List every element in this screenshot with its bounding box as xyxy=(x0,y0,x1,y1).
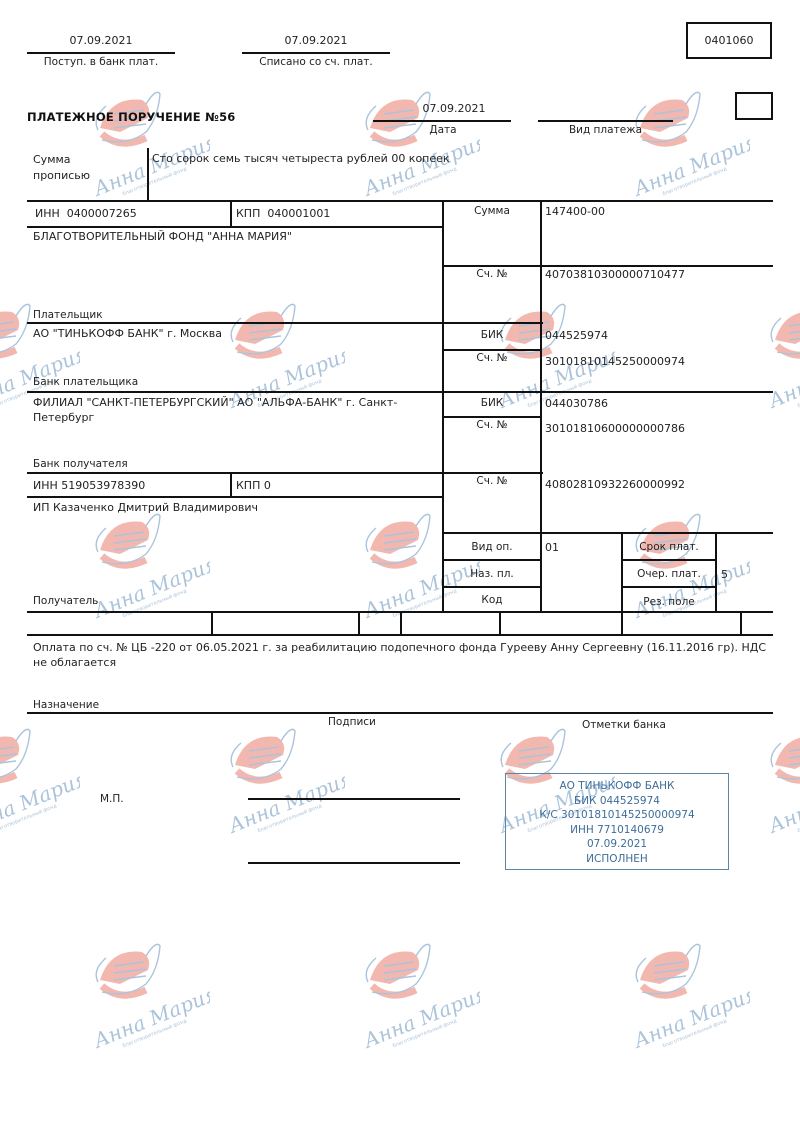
svg-text:благотворительный фонд: благотворительный фонд xyxy=(661,165,728,197)
payer-kpp-label: КПП xyxy=(236,207,260,220)
watermark-logo-icon: Анна Марияблаготворительный фонд xyxy=(80,510,210,620)
grid-line xyxy=(230,200,232,227)
amount-words-value: Сто сорок семь тысяч четыреста рублей 00… xyxy=(152,152,450,165)
grid-line xyxy=(621,586,717,588)
svg-text:благотворительный фонд: благотворительный фонд xyxy=(796,377,800,409)
payee-label: Получатель xyxy=(33,595,98,607)
grid-line xyxy=(442,265,773,267)
amount-label: Сумма xyxy=(444,205,540,217)
svg-text:Анна Мария: Анна Мария xyxy=(88,981,210,1050)
watermark-logo-icon: Анна Марияблаготворительный фонд xyxy=(350,940,480,1050)
op-type-label: Вид оп. xyxy=(444,541,540,553)
payment-type-line xyxy=(538,120,673,122)
bank-stamp: АО ТИНЬКОФФ БАНКБИК 044525974К/С 3010181… xyxy=(505,773,729,870)
amount-words-divider xyxy=(147,148,149,200)
payer-bank-name: АО "ТИНЬКОФФ БАНК" г. Москва xyxy=(33,327,222,340)
payer-name: БЛАГОТВОРИТЕЛЬНЫЙ ФОНД "АННА МАРИЯ" xyxy=(33,230,292,243)
grid-line xyxy=(27,496,443,498)
bank-stamp-line: ИНН 7710140679 xyxy=(506,823,728,838)
grid-line xyxy=(442,349,542,351)
purpose-text: Оплата по сч. № ЦБ -220 от 06.05.2021 г.… xyxy=(33,640,773,670)
payment-type-label: Вид платежа xyxy=(538,124,673,136)
grid-line xyxy=(27,472,543,474)
payee-bank-bik-label: БИК xyxy=(444,397,540,409)
bank-stamp-line: АО ТИНЬКОФФ БАНК xyxy=(506,779,728,794)
svg-text:Анна Мария: Анна Мария xyxy=(0,766,80,835)
document-title: ПЛАТЕЖНОЕ ПОРУЧЕНИЕ №56 xyxy=(27,110,236,124)
grid-line xyxy=(540,200,542,612)
document-date-label: Дата xyxy=(398,124,488,136)
payee-account-label: Сч. № xyxy=(444,475,540,487)
priority-label: Очер. плат. xyxy=(623,568,715,580)
payer-inn-label: ИНН xyxy=(35,207,60,220)
payee-inn: ИНН 519053978390 xyxy=(33,479,145,492)
watermark-logo-icon: Анна Марияблаготворительный фонд xyxy=(80,88,210,198)
signature-line-2[interactable] xyxy=(248,862,460,864)
svg-text:Анна Мария: Анна Мария xyxy=(628,981,750,1050)
svg-text:Анна Мария: Анна Мария xyxy=(358,981,480,1050)
received-date-line xyxy=(27,52,175,54)
watermark-logo-icon: Анна Марияблаготворительный фонд xyxy=(620,940,750,1050)
payee-kpp-value: 0 xyxy=(264,479,271,492)
purpose-line xyxy=(27,712,773,714)
svg-text:Анна Мария: Анна Мария xyxy=(223,766,345,835)
grid-line xyxy=(499,611,501,636)
svg-text:Анна Мария: Анна Мария xyxy=(763,766,800,835)
payee-inn-value: 519053978390 xyxy=(61,479,145,492)
grid-line xyxy=(442,416,542,418)
payee-bank-account-label: Сч. № xyxy=(444,419,540,431)
payee-bank-label: Банк получателя xyxy=(33,458,128,470)
watermark-logo-icon: Анна Марияблаготворительный фонд xyxy=(0,725,80,835)
payer-account-value: 40703810300000710477 xyxy=(545,268,685,281)
svg-text:благотворительный фонд: благотворительный фонд xyxy=(121,587,188,619)
grid-line xyxy=(27,391,773,393)
svg-text:благотворительный фонд: благотворительный фонд xyxy=(391,165,458,197)
grid-line xyxy=(740,611,742,636)
grid-line xyxy=(442,532,773,534)
grid-line xyxy=(358,611,360,636)
svg-text:благотворительный фонд: благотворительный фонд xyxy=(256,802,323,834)
amount-words-label-2: прописью xyxy=(33,168,90,184)
payer-bank-bik-value: 044525974 xyxy=(545,329,608,342)
payer-inn: ИНН 0400007265 xyxy=(35,207,137,220)
payer-kpp-value: 040001001 xyxy=(267,207,330,220)
bank-stamp-line: 07.09.2021 xyxy=(506,837,728,852)
signature-line-1[interactable] xyxy=(248,798,460,800)
payee-inn-label: ИНН xyxy=(33,479,58,492)
document-date-line xyxy=(373,120,511,122)
watermark-logo-icon: Анна Марияблаготворительный фонд xyxy=(620,88,750,198)
document-date: 07.09.2021 xyxy=(398,102,510,115)
payer-label: Плательщик xyxy=(33,309,103,321)
bank-stamp-line: ИСПОЛНЕН xyxy=(506,852,728,867)
payer-account-label: Сч. № xyxy=(444,268,540,280)
debited-date: 07.09.2021 xyxy=(242,34,390,47)
due-label: Срок плат. xyxy=(623,541,715,553)
payer-inn-value: 0400007265 xyxy=(67,207,137,220)
grid-line xyxy=(621,559,717,561)
grid-line xyxy=(27,322,543,324)
stamp-place-label: М.П. xyxy=(100,793,124,805)
purpose-label: Назначение xyxy=(33,699,99,711)
payee-kpp: КПП 0 xyxy=(236,479,271,492)
payee-account-value: 40802810932260000992 xyxy=(545,478,685,491)
svg-text:благотворительный фонд: благотворительный фонд xyxy=(391,1017,458,1049)
grid-line xyxy=(621,611,623,636)
priority-value: 5 xyxy=(721,568,728,581)
purpose-code-label: Наз. пл. xyxy=(444,568,540,580)
svg-text:благотворительный фонд: благотворительный фонд xyxy=(0,802,58,834)
amount-words-label: Сумма прописью xyxy=(33,152,90,184)
grid-line xyxy=(230,472,232,497)
received-label: Поступ. в банк плат. xyxy=(27,56,175,68)
grid-line xyxy=(442,586,542,588)
watermark-logo-icon: Анна Марияблаготворительный фонд xyxy=(80,940,210,1050)
op-type-value: 01 xyxy=(545,541,559,554)
signatures-label: Подписи xyxy=(328,716,376,728)
amount-words-label-1: Сумма xyxy=(33,152,90,168)
svg-text:Анна Мария: Анна Мария xyxy=(88,551,210,620)
svg-text:Анна Мария: Анна Мария xyxy=(763,341,800,410)
payer-bank-account-label: Сч. № xyxy=(444,352,540,364)
watermark-logo-icon: Анна Марияблаготворительный фонд xyxy=(755,725,800,835)
svg-text:благотворительный фонд: благотворительный фонд xyxy=(121,1017,188,1049)
grid-line xyxy=(27,200,773,202)
svg-text:благотворительный фонд: благотворительный фонд xyxy=(121,165,188,197)
grid-line xyxy=(715,532,717,612)
svg-text:Анна Мария: Анна Мария xyxy=(628,129,750,198)
grid-line xyxy=(211,611,213,636)
watermark-logo-icon: Анна Марияблаготворительный фонд xyxy=(215,300,345,410)
bank-marks-label: Отметки банка xyxy=(582,719,666,731)
form-code: 0401060 xyxy=(686,34,772,47)
payee-bank-account-value: 30101810600000000786 xyxy=(545,422,685,435)
payer-status-box[interactable] xyxy=(735,92,773,120)
amount-value: 147400-00 xyxy=(545,205,605,218)
reserve-label: Рез. поле xyxy=(623,596,715,608)
code-label: Код xyxy=(444,594,540,606)
grid-line xyxy=(442,559,542,561)
payer-kpp: КПП 040001001 xyxy=(236,207,330,220)
bank-stamp-line: БИК 044525974 xyxy=(506,794,728,809)
svg-text:благотворительный фонд: благотворительный фонд xyxy=(661,1017,728,1049)
debited-label: Списано со сч. плат. xyxy=(242,56,390,68)
payee-kpp-label: КПП xyxy=(236,479,260,492)
payer-bank-account-value: 30101810145250000974 xyxy=(545,355,685,368)
watermark-logo-icon: Анна Марияблаготворительный фонд xyxy=(215,725,345,835)
payee-bank-bik-value: 044030786 xyxy=(545,397,608,410)
payer-bank-bik-label: БИК xyxy=(444,329,540,341)
debited-date-line xyxy=(242,52,390,54)
grid-line xyxy=(27,226,443,228)
payee-bank-name: ФИЛИАЛ "САНКТ-ПЕТЕРБУРГСКИЙ" АО "АЛЬФА-Б… xyxy=(33,395,413,425)
grid-line xyxy=(400,611,402,636)
watermark-logo-icon: Анна Марияблаготворительный фонд xyxy=(755,300,800,410)
svg-text:благотворительный фонд: благотворительный фонд xyxy=(796,802,800,834)
payee-name: ИП Казаченко Дмитрий Владимирович xyxy=(33,501,258,514)
received-date: 07.09.2021 xyxy=(27,34,175,47)
payer-bank-label: Банк плательщика xyxy=(33,376,138,388)
bank-stamp-line: К/С 30101810145250000974 xyxy=(506,808,728,823)
